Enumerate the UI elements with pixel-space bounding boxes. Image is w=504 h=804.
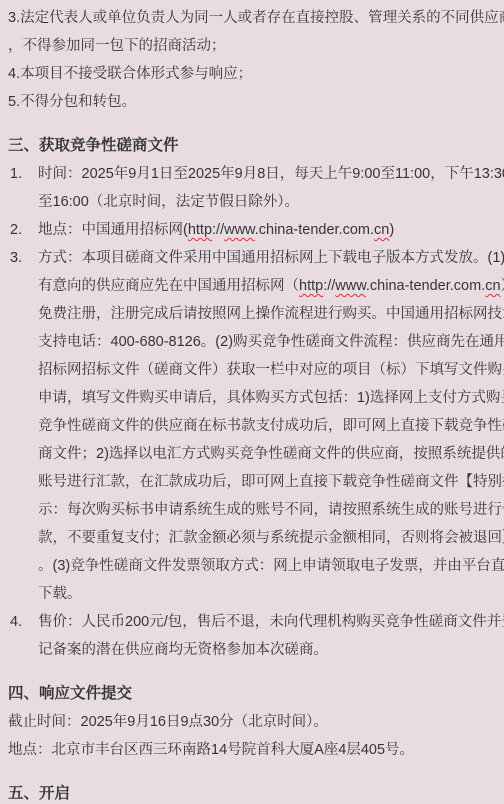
method-line-6: 申请，填写文件购买申请后，具体购买方式包括：1)选择网上支付方式购买	[38, 384, 500, 412]
list-item-method: 3. 方式：本项目磋商文件采用中国通用招标网上下载电子版本方式发放。(1) 有意…	[8, 244, 500, 608]
section-heading-obtain-documents: 三、获取竞争性磋商文件	[8, 132, 500, 160]
list-item-place: 2. 地点：中国通用招标网(http://www.china-tender.co…	[8, 216, 500, 244]
submission-address: 地点：北京市丰台区西三环南路14号院首科大厦A座4层405号。	[8, 736, 500, 764]
document-page: { "page": { "background": "#e8dce2", "te…	[0, 0, 504, 804]
rule-3-line-2: ，不得参加同一包下的招商活动；	[8, 32, 500, 60]
method-line-11: 款，不要重复支付；汇款金额必须与系统提示金额相同，否则将会被退回】	[38, 524, 500, 552]
list-item-number: 4.	[8, 608, 38, 664]
method-line-8: 商文件；2)选择以电汇方式购买竞争性磋商文件的供应商，按照系统提供的	[38, 440, 500, 468]
method-text-suffix: ）	[501, 278, 504, 294]
submission-deadline: 截止时间：2025年9月16日9点30分（北京时间）。	[8, 708, 500, 736]
qualification-rules: 3.法定代表人或单位负责人为同一人或者存在直接控股、管理关系的不同供应商 ，不得…	[8, 4, 500, 116]
rule-3-line-1: 3.法定代表人或单位负责人为同一人或者存在直接控股、管理关系的不同供应商	[8, 4, 500, 32]
section-heading-opening: 五、开启	[8, 780, 500, 804]
method-line-12: 。(3)竞争性磋商文件发票领取方式：网上申请领取电子发票，并由平台直接	[38, 552, 500, 580]
price-line-1: 售价：人民币200元/包，售后不退，未向代理机构购买竞争性磋商文件并登	[38, 608, 500, 636]
place-line: 地点：中国通用招标网(http://www.china-tender.com.c…	[38, 216, 500, 244]
list-item-number: 2.	[8, 216, 38, 244]
method-line-3: 免费注册，注册完成后请按照网上操作流程进行购买。中国通用招标网技术	[38, 300, 500, 328]
rule-5: 5.不得分包和转包。	[8, 88, 500, 116]
place-text: 地点：中国通用招标网(	[38, 222, 188, 238]
method-line-7: 竞争性磋商文件的供应商在标书款支付成功后，即可网上直接下载竞争性磋	[38, 412, 500, 440]
url-china-tender: http://www.china-tender.com.cn	[188, 222, 390, 238]
price-line-2: 记备案的潜在供应商均无资格参加本次磋商。	[38, 636, 500, 664]
list-item-number: 3.	[8, 244, 38, 608]
rule-4: 4.本项目不接受联合体形式参与响应；	[8, 60, 500, 88]
method-line-13: 下载。	[38, 580, 500, 608]
time-line-1: 时间：2025年9月1日至2025年9月8日，每天上午9:00至11:00，下午…	[38, 160, 500, 188]
url-china-tender: http://www.china-tender.com.cn	[299, 278, 501, 294]
method-line-1: 方式：本项目磋商文件采用中国通用招标网上下载电子版本方式发放。(1)	[38, 244, 500, 272]
method-line-10: 示：每次购买标书申请系统生成的账号不同，请按照系统生成的账号进行付	[38, 496, 500, 524]
section-heading-response-submission: 四、响应文件提交	[8, 680, 500, 708]
method-text: 有意向的供应商应先在中国通用招标网（	[38, 278, 299, 294]
list-item-price: 4. 售价：人民币200元/包，售后不退，未向代理机构购买竞争性磋商文件并登 记…	[8, 608, 500, 664]
method-line-5: 招标网招标文件（磋商文件）获取一栏中对应的项目（标）下填写文件购买	[38, 356, 500, 384]
list-item-time: 1. 时间：2025年9月1日至2025年9月8日，每天上午9:00至11:00…	[8, 160, 500, 216]
time-line-2: 至16:00（北京时间，法定节假日除外）。	[38, 188, 500, 216]
method-line-4: 支持电话：400-680-8126。(2)购买竞争性磋商文件流程：供应商先在通用	[38, 328, 500, 356]
method-line-9: 账号进行汇款，在汇款成功后，即可网上直接下载竞争性磋商文件【特别提	[38, 468, 500, 496]
method-line-2: 有意向的供应商应先在中国通用招标网（http://www.china-tende…	[38, 272, 500, 300]
place-text-suffix: )	[389, 222, 394, 238]
list-item-number: 1.	[8, 160, 38, 216]
